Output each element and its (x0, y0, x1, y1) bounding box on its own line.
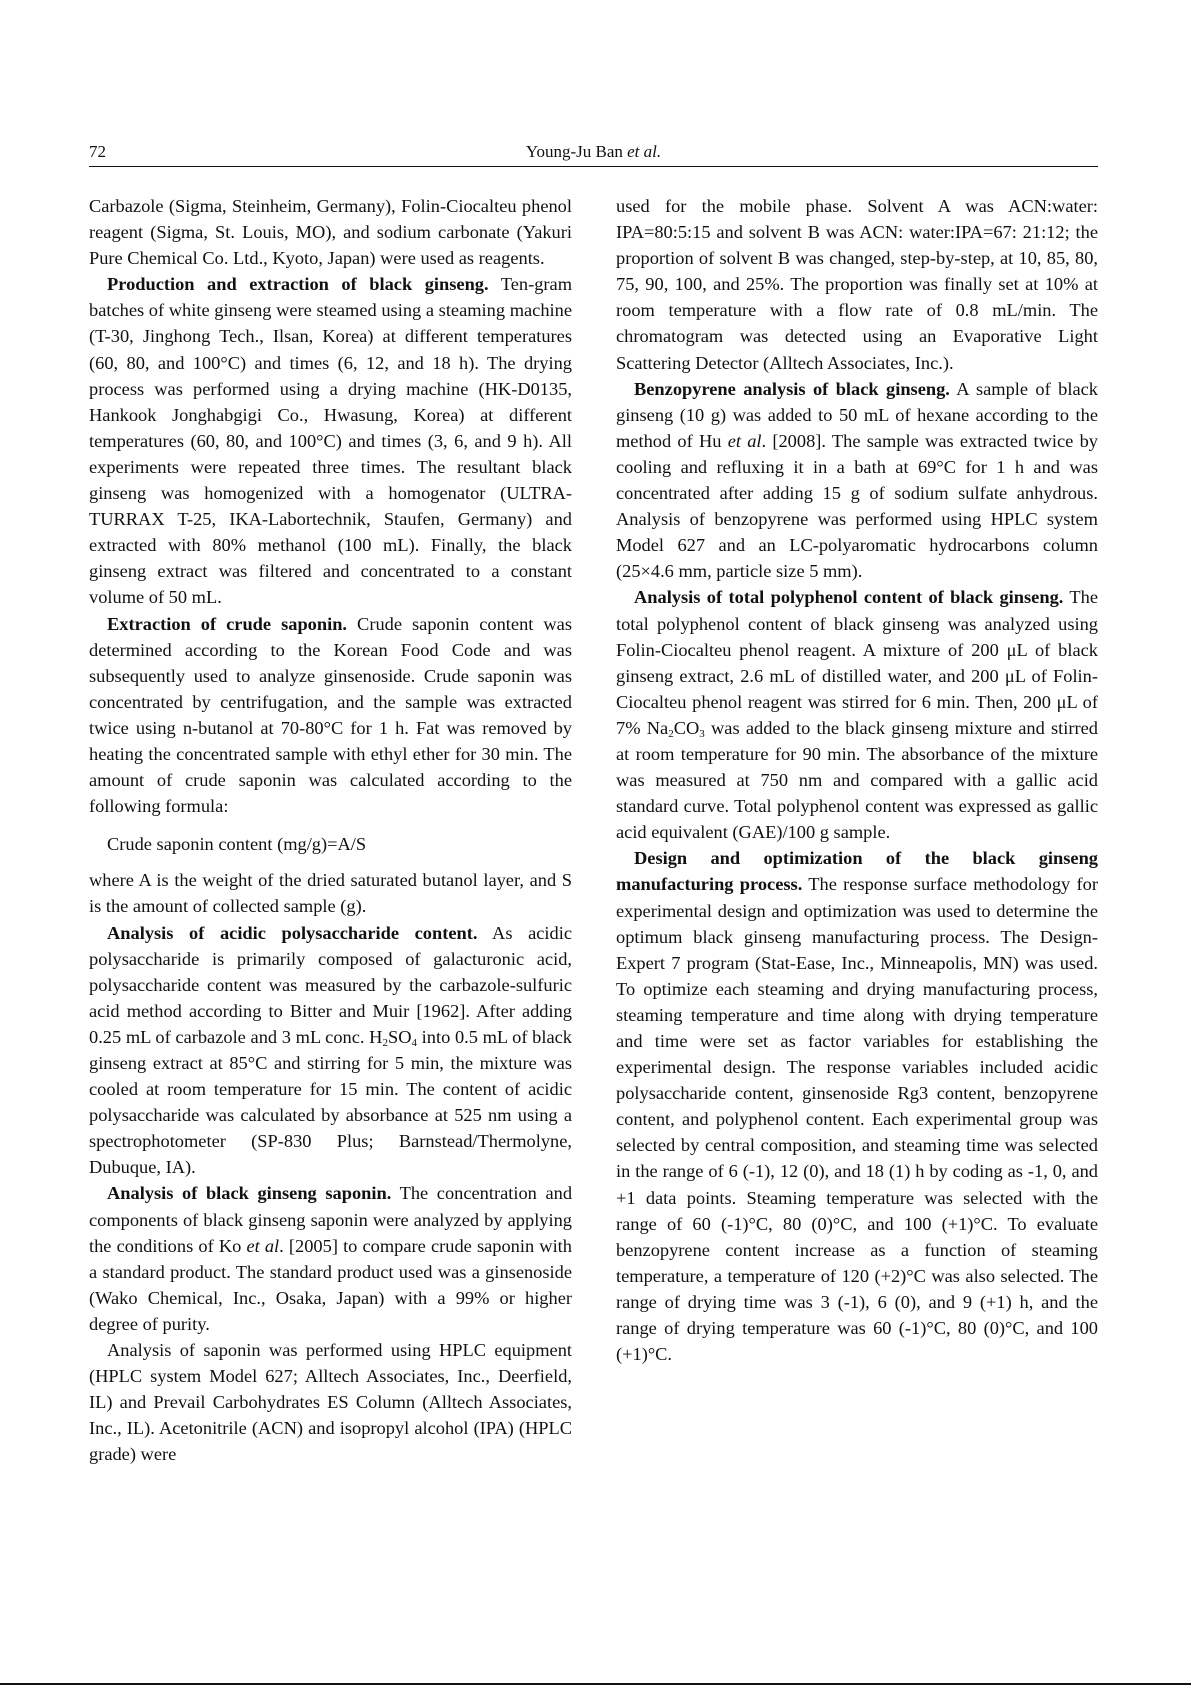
section-crude-saponin: Extraction of crude saponin. Crude sapon… (89, 611, 572, 820)
section-body: . [2008]. The sample was extracted twice… (616, 431, 1098, 581)
section-body: The response surface methodology for exp… (616, 874, 1098, 1364)
running-head-author: Young-Ju Ban (526, 142, 623, 161)
section-body: SO (388, 1027, 412, 1047)
section-benzopyrene: Benzopyrene analysis of black ginseng. A… (616, 376, 1098, 585)
section-heading: Analysis of black ginseng saponin. (107, 1183, 391, 1203)
right-column: used for the mobile phase. Solvent A was… (616, 193, 1098, 1367)
section-body: CO (674, 718, 700, 738)
formula-note: where A is the weight of the dried satur… (89, 867, 572, 919)
running-head: Young-Ju Ban et al. (89, 142, 1098, 162)
paragraph-reagents: Carbazole (Sigma, Steinheim, Germany), F… (89, 193, 572, 271)
paragraph-saponin-hplc: Analysis of saponin was performed using … (89, 1337, 572, 1467)
section-black-ginseng-saponin: Analysis of black ginseng saponin. The c… (89, 1180, 572, 1337)
left-column: Carbazole (Sigma, Steinheim, Germany), F… (89, 193, 572, 1468)
section-production-extraction: Production and extraction of black ginse… (89, 271, 572, 610)
section-design-optimization: Design and optimization of the black gin… (616, 845, 1098, 1367)
section-heading: Production and extraction of black ginse… (107, 274, 489, 294)
citation-etal: et al (728, 431, 762, 451)
section-heading: Extraction of crude saponin. (107, 614, 347, 634)
section-heading: Analysis of acidic polysaccharide conten… (107, 923, 477, 943)
section-heading: Analysis of total polyphenol content of … (634, 587, 1063, 607)
section-body: Crude saponin content was determined acc… (89, 614, 572, 817)
section-heading: Benzopyrene analysis of black ginseng. (634, 379, 950, 399)
formula-crude-saponin: Crude saponin content (mg/g)=A/S (89, 831, 572, 857)
section-body: The total polyphenol content of black gi… (616, 587, 1098, 737)
page-header: 72 Young-Ju Ban et al. (89, 140, 1098, 167)
running-head-etal: et al. (627, 142, 661, 161)
section-polyphenol: Analysis of total polyphenol content of … (616, 584, 1098, 845)
section-body: into 0.5 mL of black ginseng extract at … (89, 1027, 572, 1177)
citation-etal: et al (246, 1236, 279, 1256)
section-acidic-polysaccharide: Analysis of acidic polysaccharide conten… (89, 920, 572, 1181)
section-body: Ten-gram batches of white ginseng were s… (89, 274, 572, 607)
paragraph-mobile-phase: used for the mobile phase. Solvent A was… (616, 193, 1098, 376)
